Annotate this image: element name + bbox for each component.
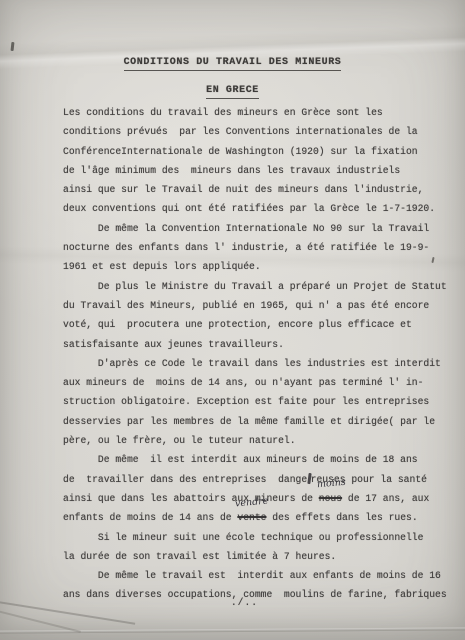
text-segment: de travailler dans des entreprises dange xyxy=(63,474,307,485)
text-line: De plus le Ministre du Travail a préparé… xyxy=(63,277,459,296)
text-line: nocturne des enfants dans l' industrie, … xyxy=(63,238,459,257)
text-line: ConférenceInternationale de Washington (… xyxy=(63,142,459,161)
text-line: De même la Convention Internationale No … xyxy=(63,219,459,238)
document: CONDITIONS DU TRAVAIL DES MINEURS EN GRE… xyxy=(0,0,465,640)
text-line: ainsi que sur le Travail de nuit des min… xyxy=(63,180,459,199)
text-line: desservies par les membres de la même fa… xyxy=(63,412,459,431)
document-title: CONDITIONS DU TRAVAIL DES MINEURS xyxy=(124,57,342,71)
document-subtitle: EN GRECE xyxy=(206,85,259,99)
correction-group: nousmoins xyxy=(319,489,342,508)
struck-word: vente xyxy=(237,508,266,527)
text-line: satisfaisante aux jeunes travailleurs. xyxy=(63,335,459,354)
text-line: Si le mineur suit une école technique ou… xyxy=(63,528,459,547)
text-line: de l'âge minimum des mineurs dans les tr… xyxy=(63,161,459,180)
text-segment: ainsi que dans les abattoirs aux mineurs… xyxy=(63,493,319,504)
text-line: deux conventions qui ont été ratifiées p… xyxy=(63,199,459,218)
page-continuation-mark: ./.. xyxy=(0,597,465,608)
text-segment: des effets dans les rues. xyxy=(266,512,417,523)
text-line: De même il est interdit aux mineurs de m… xyxy=(63,450,459,469)
title-block: CONDITIONS DU TRAVAIL DES MINEURS xyxy=(0,51,465,71)
text-line: De même le travail est interdit aux enfa… xyxy=(63,566,459,585)
handwritten-correction: moins xyxy=(316,478,345,489)
text-line: du Travail des Mineurs, publié en 1965, … xyxy=(63,296,459,315)
struck-word: nous xyxy=(319,489,342,508)
text-line-with-correction: enfants de moins de 14 ans de ventevendr… xyxy=(63,508,459,527)
text-line: voté, qui procutera une protection, enco… xyxy=(63,315,459,334)
text-line: père, ou le frère, ou le tuteur naturel. xyxy=(63,431,459,450)
subtitle-block: EN GRECE xyxy=(0,79,465,99)
correction-group: ventevendre xyxy=(237,508,266,527)
text-line: Les conditions du travail des mineurs en… xyxy=(63,103,459,122)
text-line: D'après ce Code le travail dans les indu… xyxy=(63,354,459,373)
text-line: conditions prévués par les Conventions i… xyxy=(63,122,459,141)
text-segment: enfants de moins de 14 ans de xyxy=(63,512,237,523)
text-segment: de 17 ans, aux xyxy=(342,493,429,504)
text-line-with-insert: de travailler dans des entreprises dange… xyxy=(63,470,459,489)
scanned-page: CONDITIONS DU TRAVAIL DES MINEURS EN GRE… xyxy=(0,0,465,640)
text-line: la durée de son travail est limitée à 7 … xyxy=(63,547,459,566)
handwritten-correction: vendre xyxy=(235,497,269,509)
text-line: struction obligatoire. Exception est fai… xyxy=(63,392,459,411)
text-line: aux mineurs de moins de 14 ans, ou n'aya… xyxy=(63,373,459,392)
text-line: 1961 et est depuis lors appliquée. xyxy=(63,257,459,276)
document-body: Les conditions du travail des mineurs en… xyxy=(63,103,459,605)
